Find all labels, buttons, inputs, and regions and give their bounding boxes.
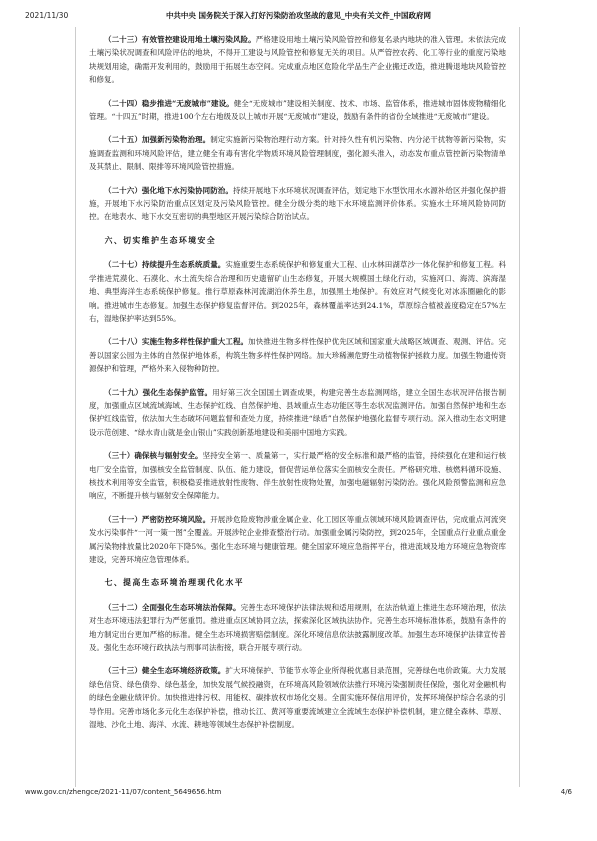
document-paragraph: （二十五）加强新污染物治理。制定实施新污染物治理行动方案。针对持久性有机污染物、…: [89, 133, 506, 173]
document-paragraph: （三十三）健全生态环境经济政策。扩大环境保护、节能节水等企业所得税优惠目录范围，…: [89, 664, 506, 731]
page-number: 4/6: [561, 786, 572, 798]
document-paragraph: （二十九）强化生态保护监管。用好第三次全国国土调查成果，构建完善生态监测网络，建…: [89, 386, 506, 440]
paragraph-lead: （三十二）全面强化生态环境法治保障。: [104, 603, 241, 612]
paragraph-lead: （二十八）实施生物多样性保护重大工程。: [104, 337, 248, 346]
paragraph-lead: （三十）确保核与辐射安全。: [104, 451, 203, 460]
document-paragraph: （二十八）实施生物多样性保护重大工程。加快推进生物多样性保护优先区域和国家重大战…: [89, 335, 506, 375]
source-url: www.gov.cn/zhengce/2021-11/07/content_56…: [25, 786, 221, 798]
document-page: （二十三）有效管控建设用地土壤污染风险。严格建设用地土壤污染风险管控和修复名录内…: [75, 27, 520, 787]
document-paragraph: （三十一）严密防控环境风险。开展涉危险废物涉重金属企业、化工园区等重点领域环境风…: [89, 513, 506, 567]
paragraph-lead: （三十一）严密防控环境风险。: [104, 515, 210, 524]
document-paragraph: （二十七）持续提升生态系统质量。实施重要生态系统保护和修复重大工程、山水林田湖草…: [89, 258, 506, 325]
paragraph-lead: （二十五）加强新污染物治理。: [104, 135, 210, 144]
document-paragraph: （三十二）全面强化生态环境法治保障。完善生态环境保护法律法规和适用规则，在法治轨…: [89, 601, 506, 655]
paragraph-lead: （二十六）强化地下水污染协同防治。: [104, 186, 233, 195]
document-body: （二十三）有效管控建设用地土壤污染风险。严格建设用地土壤污染风险管控和修复名录内…: [89, 33, 506, 731]
print-footer: www.gov.cn/zhengce/2021-11/07/content_56…: [25, 786, 572, 798]
paragraph-lead: （二十四）稳步推进“无废城市”建设。: [104, 99, 234, 108]
page-title: 中共中央 国务院关于深入打好污染防治攻坚战的意见_中央有关文件_中国政府网: [25, 10, 572, 22]
document-paragraph: （三十）确保核与辐射安全。坚持安全第一、质量第一，实行最严格的安全标准和最严格的…: [89, 449, 506, 503]
section-heading: 六、切实维护生态环境安全: [89, 234, 506, 247]
section-heading: 七、提高生态环境治理现代化水平: [89, 576, 506, 589]
document-paragraph: （二十六）强化地下水污染协同防治。持续开展地下水环境状况调查评估，划定地下水型饮…: [89, 184, 506, 224]
paragraph-lead: （二十九）强化生态保护监管。: [104, 388, 212, 397]
paragraph-text: 扩大环境保护、节能节水等企业所得税优惠目录范围，完善绿色电价政策。大力发展绿色信…: [89, 666, 506, 729]
paragraph-lead: （二十三）有效管控建设用地土壤污染风险。: [104, 35, 256, 44]
document-paragraph: （二十三）有效管控建设用地土壤污染风险。严格建设用地土壤污染风险管控和修复名录内…: [89, 33, 506, 87]
document-paragraph: （二十四）稳步推进“无废城市”建设。健全“无废城市”建设相关制度、技术、市场、监…: [89, 97, 506, 124]
print-date: 2021/11/30: [25, 10, 68, 22]
print-header: 2021/11/30 中共中央 国务院关于深入打好污染防治攻坚战的意见_中央有关…: [25, 10, 572, 22]
paragraph-lead: （二十七）持续提升生态系统质量。: [104, 260, 225, 269]
paragraph-lead: （三十三）健全生态环境经济政策。: [104, 666, 225, 675]
paragraph-text: 实施重要生态系统保护和修复重大工程、山水林田湖草沙一体化保护和修复工程。科学推进…: [89, 260, 506, 323]
